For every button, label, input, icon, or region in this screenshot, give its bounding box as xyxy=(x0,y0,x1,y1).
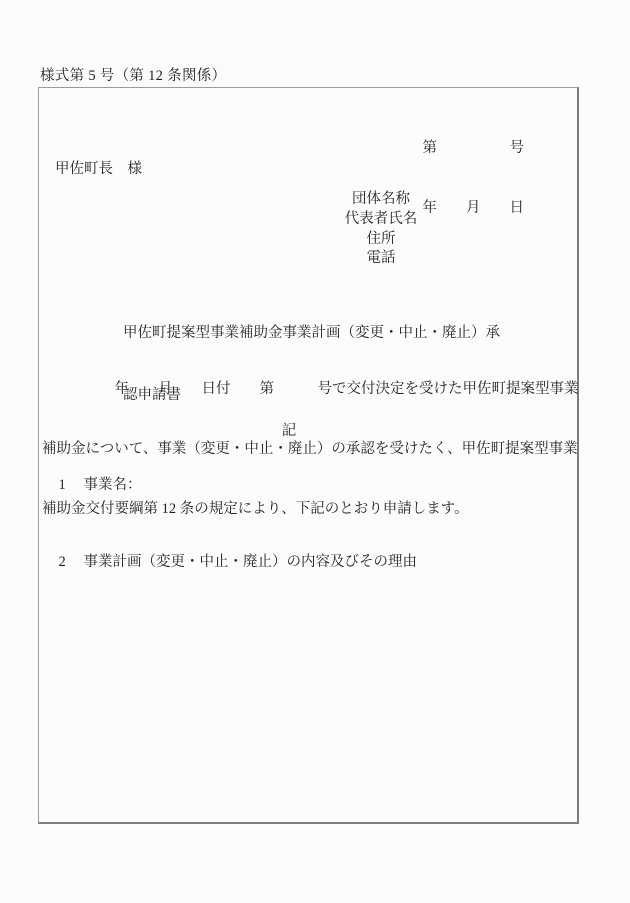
body-line1: 年 月 日付 第 号で交付決定を受けた甲佐町提案型事業 xyxy=(42,379,579,399)
body-paragraph: 年 月 日付 第 号で交付決定を受けた甲佐町提案型事業 補助金について、事業（変… xyxy=(42,339,579,559)
item-1-label: 事業名： xyxy=(84,477,142,493)
item-1-number: 1 xyxy=(59,477,84,494)
document-number-line: 第 号 xyxy=(423,138,525,158)
addressee: 甲佐町長 様 xyxy=(55,157,142,178)
list-item-plan-change-details: 2事業計画（変更・中止・廃止）の内容及びその理由 xyxy=(44,533,417,588)
sender-block: 団体名称 代表者氏名 住所 電話 xyxy=(281,190,481,269)
document-border-box: 第 号 年 月 日 甲佐町長 様 団体名称 代表者氏名 住所 電話 甲佐町提案型… xyxy=(38,87,579,824)
list-item-project-name: 1事業名： xyxy=(44,456,142,511)
record-marker: 記 xyxy=(39,419,539,440)
form-number-label: 様式第 5 号（第 12 条関係） xyxy=(40,64,226,85)
sender-field-address: 住所 xyxy=(281,230,481,250)
sender-field-phone: 電話 xyxy=(281,249,481,269)
sender-field-organization-name: 団体名称 xyxy=(281,190,481,210)
item-2-number: 2 xyxy=(59,554,84,571)
sender-field-representative-name: 代表者氏名 xyxy=(281,210,481,230)
item-2-label: 事業計画（変更・中止・廃止）の内容及びその理由 xyxy=(84,554,418,570)
